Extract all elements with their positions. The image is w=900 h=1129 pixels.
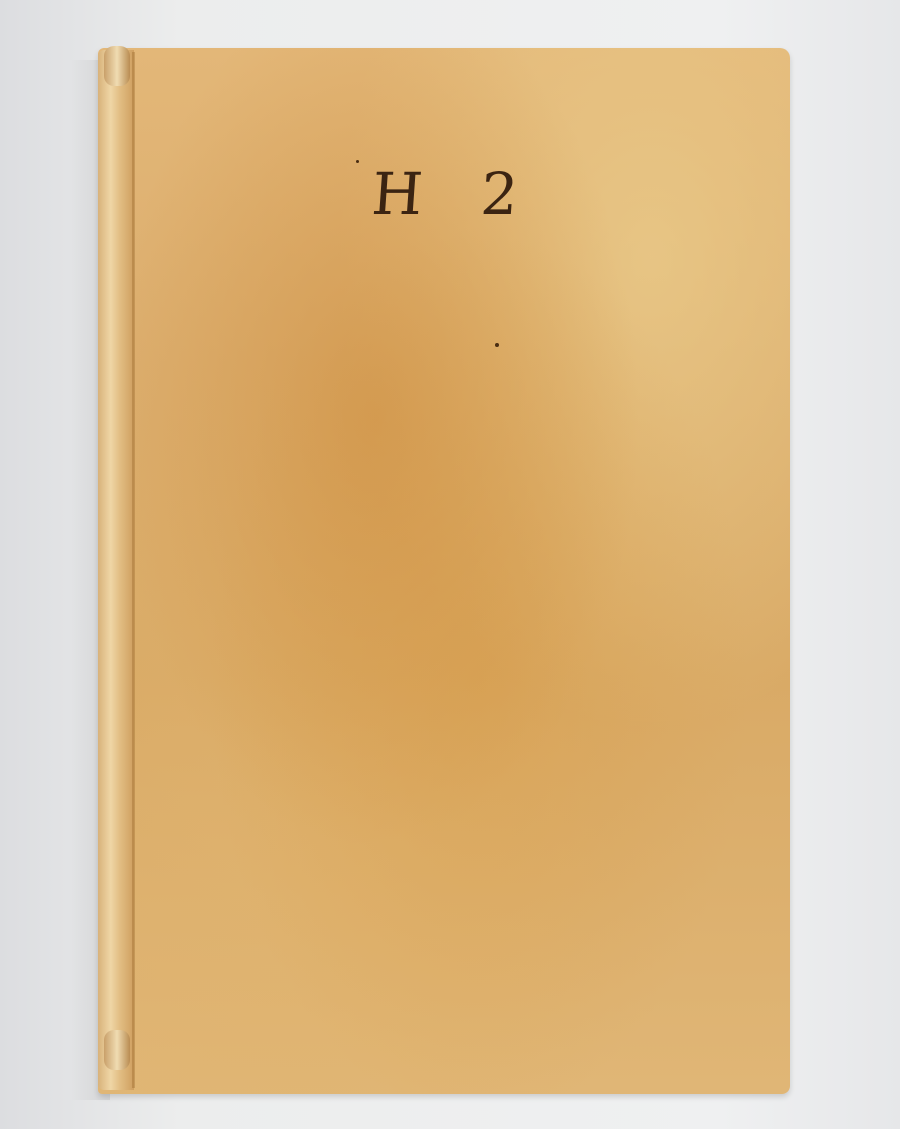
spine-fold (132, 52, 135, 1088)
ink-spot (495, 343, 499, 347)
top-binding-tie (104, 46, 130, 86)
book-spine (98, 50, 134, 1090)
cover-inscription: H 2 (370, 160, 541, 228)
bottom-binding-tie (104, 1030, 130, 1070)
ink-spot (356, 160, 359, 163)
